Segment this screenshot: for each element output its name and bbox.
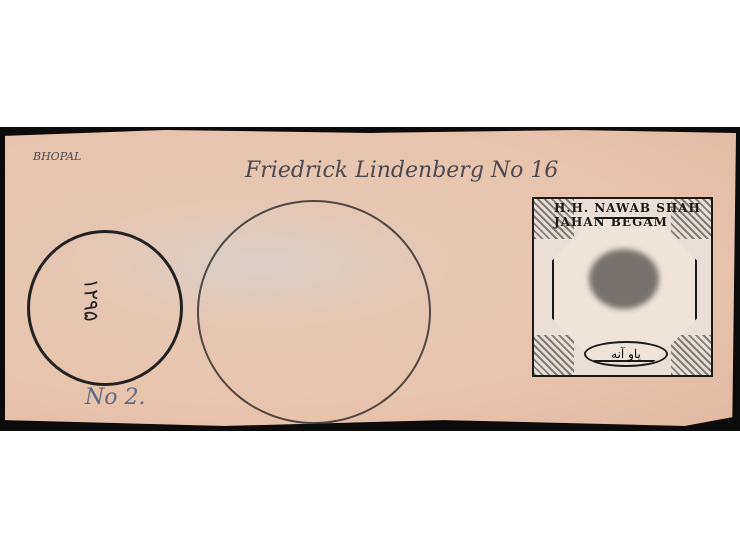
bhopal-annotation: BHOPAL bbox=[33, 150, 81, 163]
stamp-value-panel: پاو آنه bbox=[584, 341, 668, 367]
cancellation-mark bbox=[589, 249, 659, 309]
stamp-legend: H.H. NAWAB SHAH JAHAN BEGAM bbox=[554, 201, 711, 229]
postmark-left: ۱۲۹۵ bbox=[27, 230, 183, 386]
provenance-annotation: Friedrick Lindenberg No 16 bbox=[245, 158, 558, 183]
stamp: H.H. NAWAB SHAH JAHAN BEGAM پاو آنه bbox=[532, 197, 713, 377]
cover-fragment: BHOPAL Friedrick Lindenberg No 16 No 2. … bbox=[5, 130, 736, 426]
postmark-center bbox=[197, 200, 431, 424]
photo-frame: BHOPAL Friedrick Lindenberg No 16 No 2. … bbox=[0, 127, 740, 431]
number-annotation: No 2. bbox=[85, 385, 145, 410]
